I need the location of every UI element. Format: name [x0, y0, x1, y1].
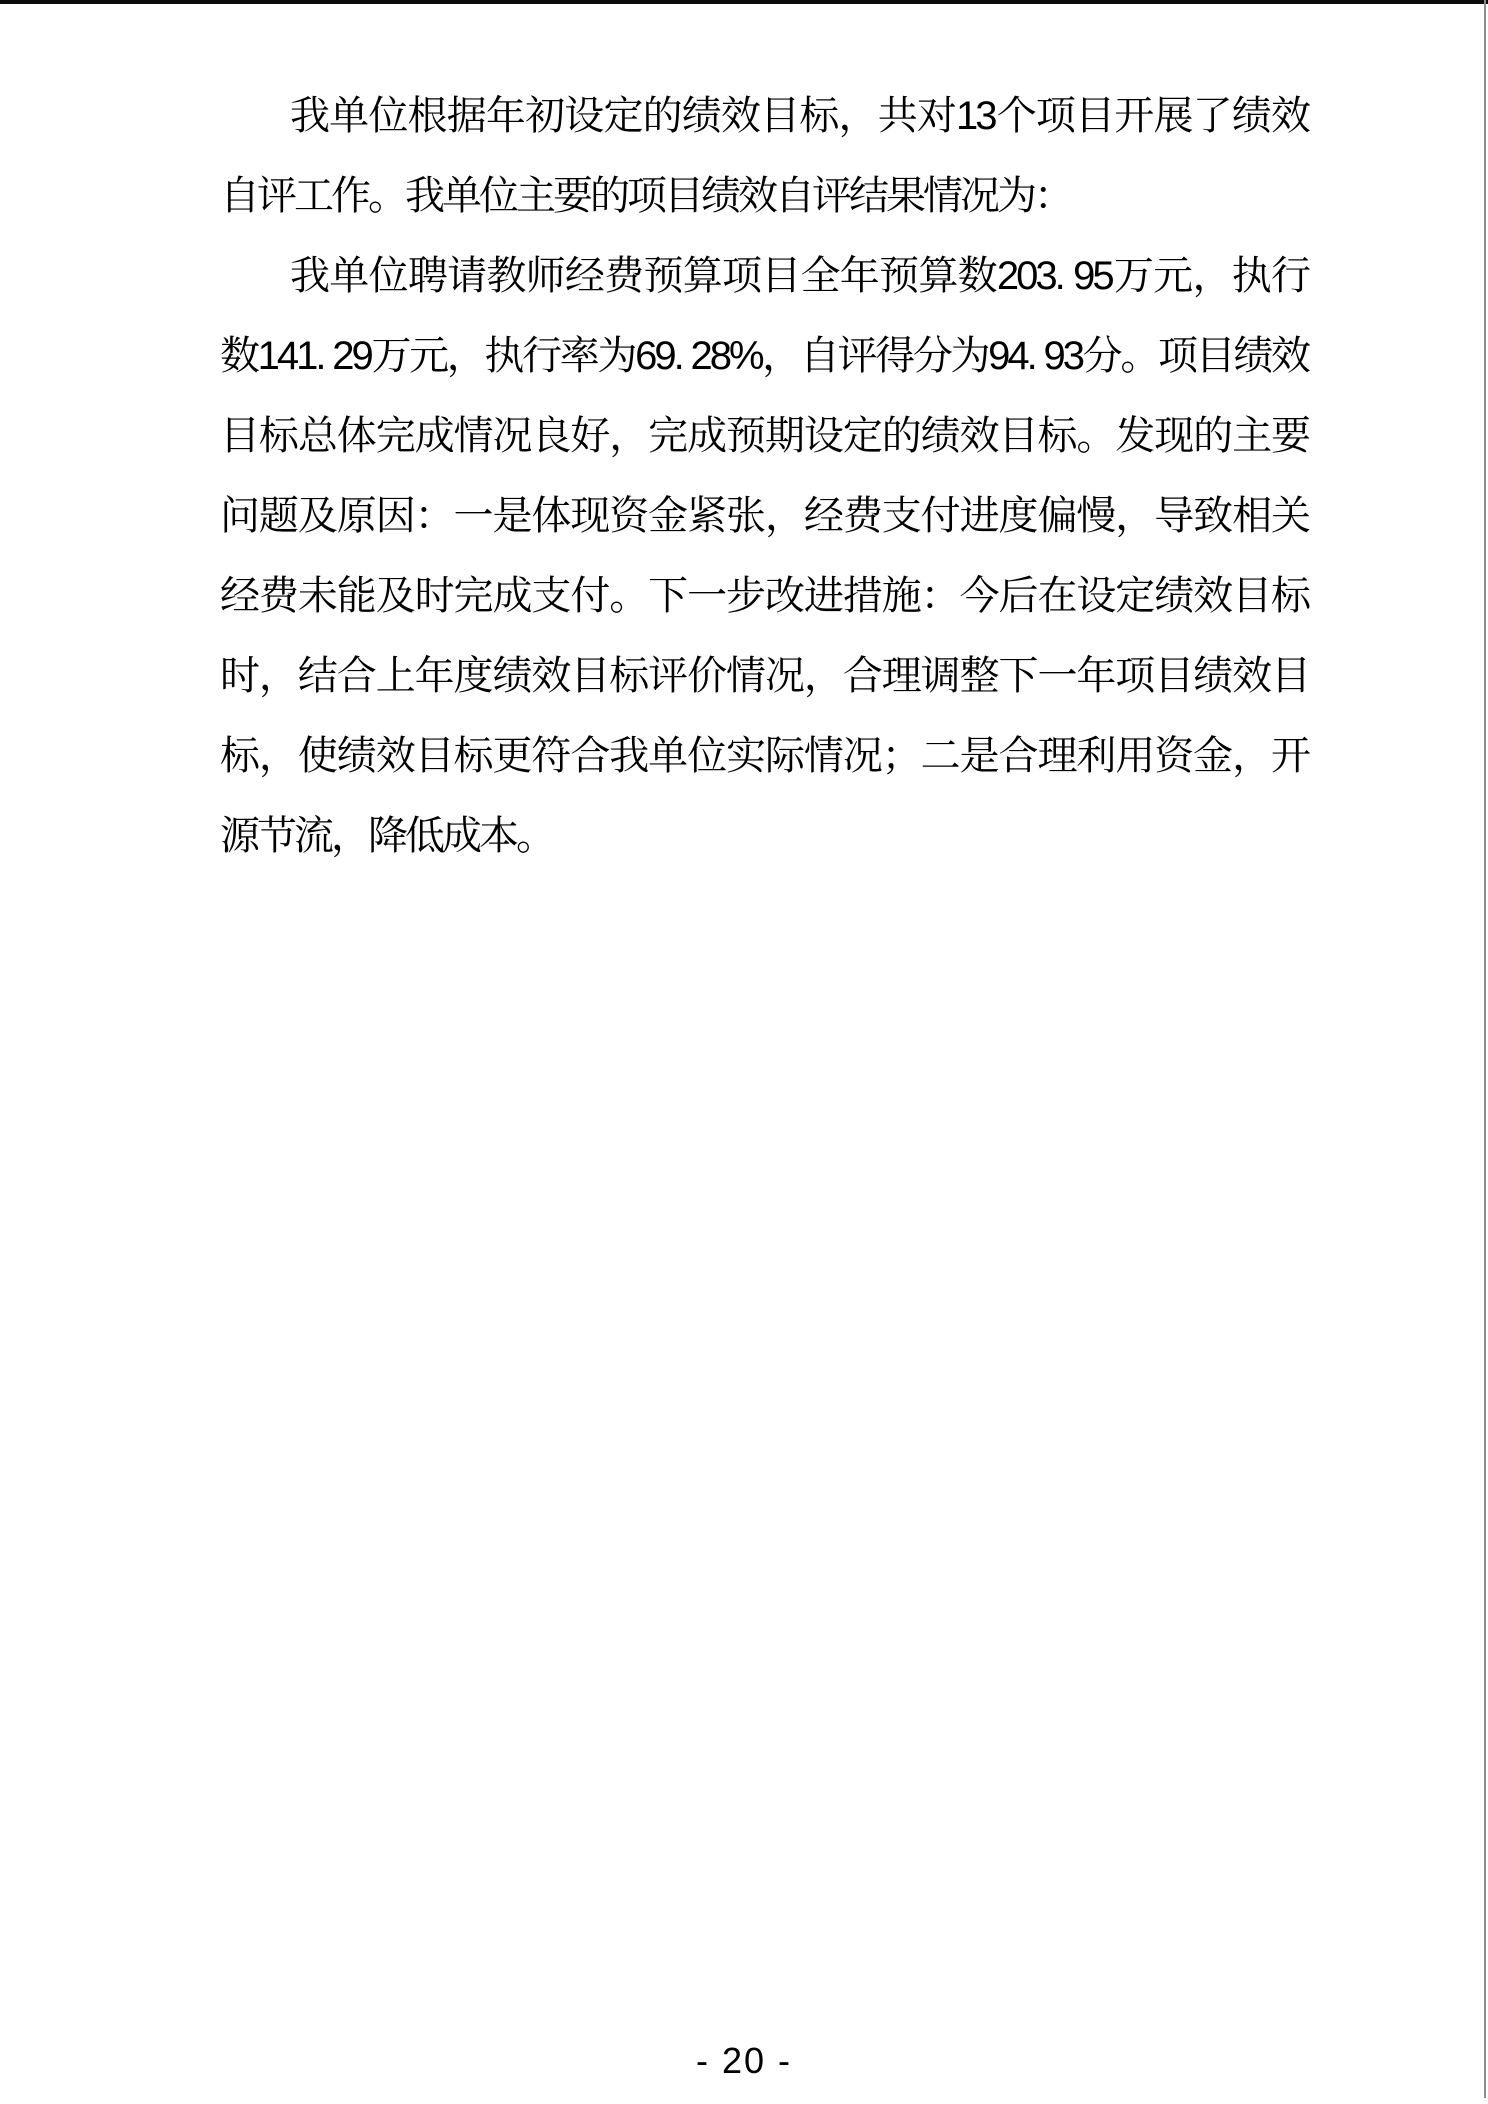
right-edge-rule — [1484, 0, 1486, 2098]
text-line: 标，使绩效目标更符合我单位实际情况；二是合理利用资金，开 — [220, 716, 1308, 796]
body-text: 我单位根据年初设定的绩效目标，共对13个项目开展了绩效自评工作。我单位主要的项目… — [220, 76, 1308, 876]
text-line: 目标总体完成情况良好，完成预期设定的绩效目标。发现的主要 — [220, 396, 1308, 476]
text-line: 源节流，降低成本。 — [220, 796, 1308, 876]
text-line: 自评工作。我单位主要的项目绩效自评结果情况为： — [220, 156, 1308, 236]
text-line: 时，结合上年度绩效目标评价情况，合理调整下一年项目绩效目 — [220, 636, 1308, 716]
text-line: 我单位聘请教师经费预算项目全年预算数203. 95万元，执行 — [220, 236, 1308, 316]
text-line: 数141. 29万元，执行率为69. 28%，自评得分为94. 93分。项目绩效 — [220, 316, 1308, 396]
text-line: 问题及原因：一是体现资金紧张，经费支付进度偏慢，导致相关 — [220, 476, 1308, 556]
page-number: - 20 - — [0, 2038, 1488, 2084]
paragraph: 我单位根据年初设定的绩效目标，共对13个项目开展了绩效自评工作。我单位主要的项目… — [220, 76, 1308, 236]
text-line: 我单位根据年初设定的绩效目标，共对13个项目开展了绩效 — [220, 76, 1308, 156]
top-border-bar — [0, 0, 1488, 4]
text-line: 经费未能及时完成支付。下一步改进措施：今后在设定绩效目标 — [220, 556, 1308, 636]
paragraph: 我单位聘请教师经费预算项目全年预算数203. 95万元，执行数141. 29万元… — [220, 236, 1308, 876]
